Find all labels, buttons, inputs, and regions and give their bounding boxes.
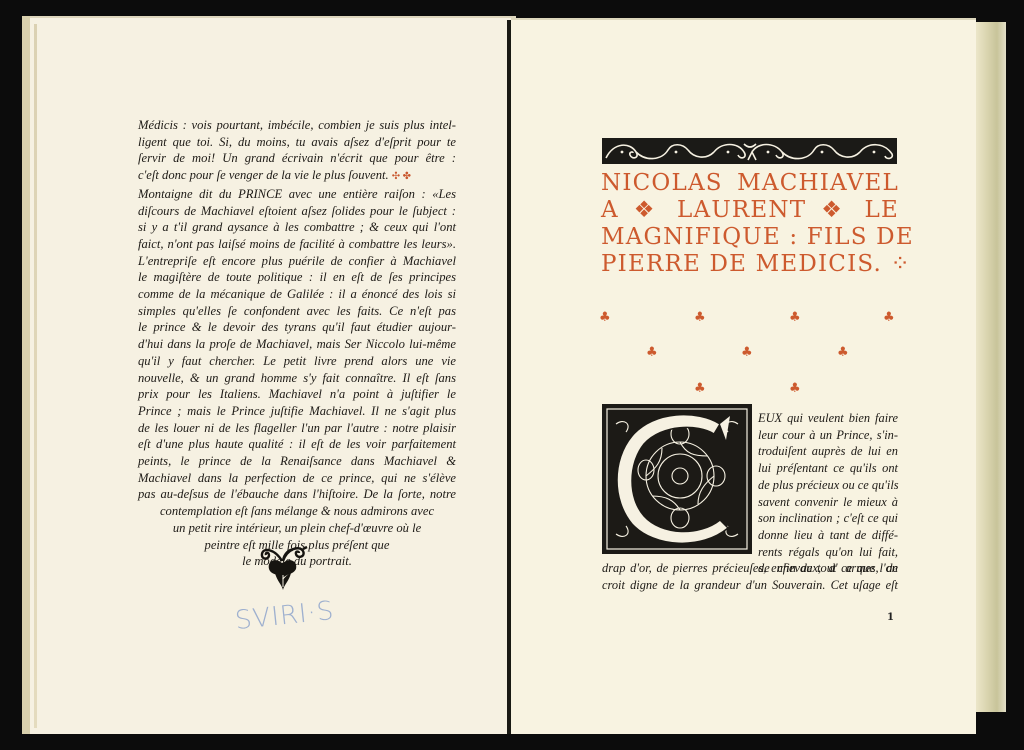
- title-line: MAGNIFIQUE : FILS DE: [601, 224, 899, 251]
- paragraph-beside-initial: EUX qui veulent bien faire leur cour à u…: [758, 410, 898, 577]
- paragraph-full-width: drap d'or, de pierres précieuſes, enfin …: [602, 560, 898, 593]
- title-line: PIERRE DE MEDICIS. ⁘: [601, 251, 899, 278]
- text-line: son inclination ; c'eſt ce qui: [758, 510, 898, 527]
- text-line: contemplation eſt ſans mélange & nous ad…: [138, 503, 456, 520]
- page-number: 1: [887, 612, 894, 623]
- red-ornament-icon: ✣ ✤: [392, 171, 411, 182]
- text-line: qu'il y faut chercher. Le petit livre pr…: [138, 353, 456, 370]
- text-line-with-ornament: c'eſt donc pour ſe venger de la vie le p…: [138, 167, 456, 186]
- text-line: simples qu'elles ſe confondent avec les …: [138, 303, 456, 320]
- fleuron-icon: ♣: [694, 310, 706, 325]
- stacked-page-edges: [976, 22, 1006, 712]
- ivy-leaf-vignette-icon: [257, 539, 309, 591]
- text-line: leur cour à un Prince, s'in-: [758, 427, 898, 444]
- fleuron-icon: ♣: [883, 310, 895, 325]
- text-line: drap d'or, de pierres précieuſes, enfin …: [602, 560, 898, 577]
- text-line: eſt d'une plus haute qualité : il eſt de…: [138, 436, 456, 453]
- text-line: savent convenir le mieux à: [758, 494, 898, 511]
- fleuron-ornament-pattern: ♣ ♣ ♣ ♣ ♣ ♣ ♣ ♣ ♣: [591, 298, 911, 398]
- text-line: faict, n'ont pas laiſsé moins de facilit…: [138, 236, 456, 253]
- left-page: Médicis : vois pourtant, imbécile, combi…: [22, 16, 516, 734]
- fleuron-icon: ♣: [741, 345, 753, 360]
- text-line: EUX qui veulent bien faire: [758, 410, 898, 427]
- left-page-body: Médicis : vois pourtant, imbécile, combi…: [138, 117, 456, 570]
- text-line: ligent que toi. Si, du moins, tu avais a…: [138, 134, 456, 151]
- ornamented-drop-cap-c-icon: [602, 404, 752, 554]
- text-line: Montaigne dit du PRINCE avec une entière…: [138, 186, 456, 203]
- right-page: NICOLAS MACHIAVEL A ❖ LAURENT ❖ LE MAGNI…: [511, 18, 976, 734]
- text-line: si y a t'il grand aysance à les combattr…: [138, 219, 456, 236]
- text-line: nouvelle, & un grand homme s'y fait conn…: [138, 370, 456, 387]
- text-line: le prince & le devoir des tyrans qu'il f…: [138, 319, 456, 336]
- text-line: donne lieu à tant de diffé-: [758, 527, 898, 544]
- text-line: peints, le prince de la Renaiſsance dans…: [138, 453, 456, 470]
- text-line: croit digne de la grandeur d'un Souverai…: [602, 577, 898, 594]
- book-scan: Médicis : vois pourtant, imbécile, combi…: [0, 0, 1024, 750]
- text-line: diſcours de Machiavel eſtoient aſsez ſol…: [138, 203, 456, 220]
- text-line: un petit rire intérieur, un plein chef-d…: [138, 520, 456, 537]
- text-line: le magiſtère de toute politique : il en …: [138, 269, 456, 286]
- text-line: Médicis : vois pourtant, imbécile, combi…: [138, 117, 456, 134]
- text-line: c'eſt donc pour ſe venger de la vie le p…: [138, 168, 389, 182]
- pencil-signature: SVIRI·S: [234, 596, 336, 636]
- chapter-title: NICOLAS MACHIAVEL A ❖ LAURENT ❖ LE MAGNI…: [601, 170, 899, 278]
- text-line: d'hui dans la proſe de Machiavel, mais S…: [138, 336, 456, 353]
- fleuron-icon: ♣: [646, 345, 658, 360]
- title-line: A ❖ LAURENT ❖ LE: [601, 197, 899, 224]
- fleuron-icon: ♣: [599, 310, 611, 325]
- text-line: rents régals qu'on lui fait,: [758, 544, 898, 561]
- text-line: prix pour les Italiens. Machiavel n'a po…: [138, 386, 456, 403]
- text-line: de plus précieux ou ce qu'ils: [758, 477, 898, 494]
- text-line: de les louer ni de les flageller l'un pa…: [138, 420, 456, 437]
- text-line: troduiſent auprès de lui en: [758, 443, 898, 460]
- text-line: L'entrepriſe eſt encore plus puérile de …: [138, 253, 456, 270]
- text-line: Machiavel dans la perfection de ce princ…: [138, 470, 456, 487]
- text-line: ſervir de moi! Un grand écrivain n'écrit…: [138, 150, 456, 167]
- text-line: lui préſentant ce qu'ils ont: [758, 460, 898, 477]
- text-line: Prince ; mais le Prince juſtifie Machiav…: [138, 403, 456, 420]
- fleuron-icon: ♣: [789, 310, 801, 325]
- title-line: NICOLAS MACHIAVEL: [601, 170, 899, 197]
- fleuron-icon: ♣: [837, 345, 849, 360]
- text-line: comme de la mécanique de Galilée : il a …: [138, 286, 456, 303]
- fleuron-icon: ♣: [789, 381, 801, 396]
- text-line: pas au-deſsus de l'ébauche dans l'hiſtoi…: [138, 486, 456, 503]
- fleuron-icon: ♣: [694, 381, 706, 396]
- scroll-headband-icon: [602, 138, 897, 164]
